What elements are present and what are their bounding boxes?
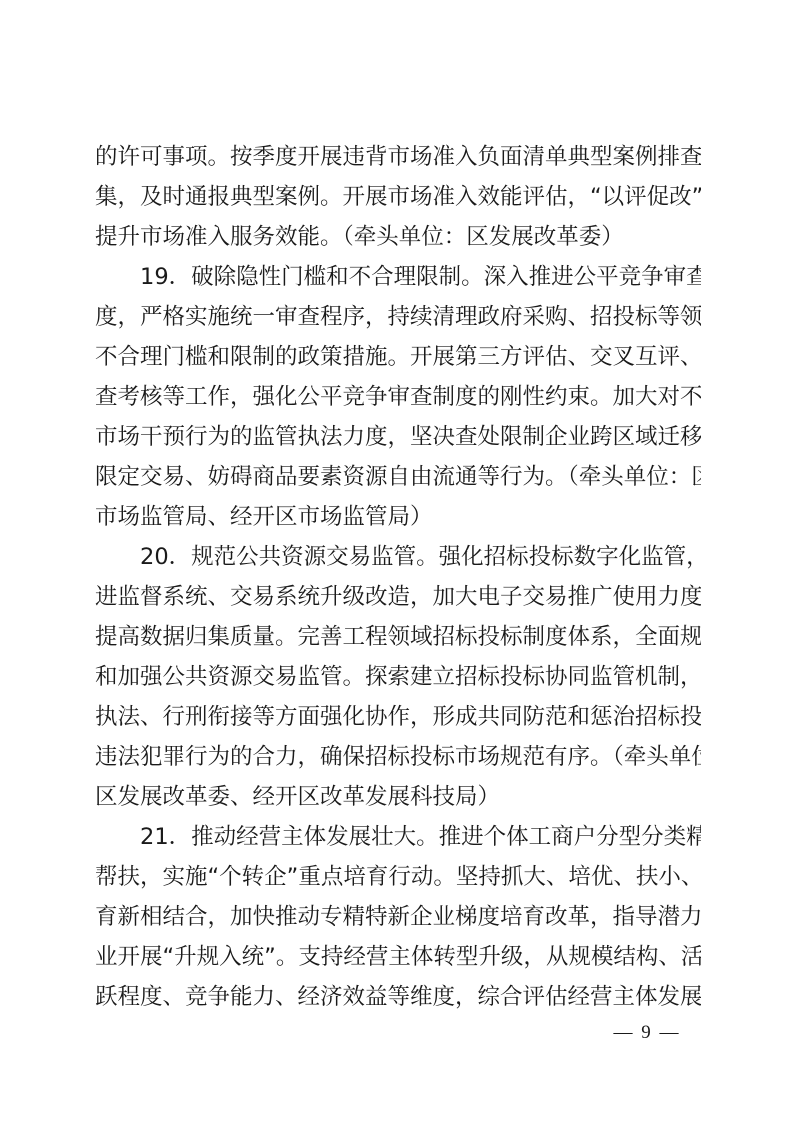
document-page: 的许可事项。按季度开展违背市场准入负面清单典型案例排查归 集，及时通报典型案例。… <box>0 0 793 1122</box>
text-line: 不合理门槛和限制的政策措施。开展第三方评估、交叉互评、督 <box>95 337 701 377</box>
text-line: 帮扶，实施“个转企”重点培育行动。坚持抓大、培优、扶小、 <box>95 857 701 897</box>
text-line: 进监督系统、交易系统升级改造，加大电子交易推广使用力度， <box>95 577 701 617</box>
text-line: 提高数据归集质量。完善工程领域招标投标制度体系，全面规范 <box>95 617 701 657</box>
text-line: 限定交易、妨碍商品要素资源自由流通等行为。（牵头单位：区 <box>95 457 701 497</box>
text-line: 集，及时通报典型案例。开展市场准入效能评估，“以评促改” <box>95 177 701 217</box>
text-line: 市场干预行为的监管执法力度，坚决查处限制企业跨区域迁移、 <box>95 417 701 457</box>
page-number: — 9 — <box>612 1022 682 1044</box>
text-line: 育新相结合，加快推动专精特新企业梯度培育改革，指导潜力企 <box>95 897 701 937</box>
text-line: 跃程度、竞争能力、经济效益等维度，综合评估经营主体发展状 <box>95 977 701 1017</box>
text-line: 执法、行刑衔接等方面强化协作，形成共同防范和惩治招标投标 <box>95 697 701 737</box>
text-line: 违法犯罪行为的合力，确保招标投标市场规范有序。（牵头单位： <box>95 737 701 777</box>
text-line: 业开展“升规入统”。支持经营主体转型升级，从规模结构、活 <box>95 937 701 977</box>
text-line: 区发展改革委、经开区改革发展科技局） <box>95 777 701 817</box>
text-line: 的许可事项。按季度开展违背市场准入负面清单典型案例排查归 <box>95 137 701 177</box>
text-line: 度，严格实施统一审查程序，持续清理政府采购、招投标等领域 <box>95 297 701 337</box>
text-line: 查考核等工作，强化公平竞争审查制度的刚性约束。加大对不当 <box>95 377 701 417</box>
text-line: 和加强公共资源交易监管。探索建立招标投标协同监管机制，在 <box>95 657 701 697</box>
item-20-heading-line: 20．规范公共资源交易监管。强化招标投标数字化监管，推 <box>95 537 701 577</box>
text-line: 提升市场准入服务效能。（牵头单位：区发展改革委） <box>95 217 701 257</box>
item-21-heading-line: 21．推动经营主体发展壮大。推进个体工商户分型分类精准 <box>95 817 701 857</box>
body-text: 的许可事项。按季度开展违背市场准入负面清单典型案例排查归 集，及时通报典型案例。… <box>95 137 701 1017</box>
text-line: 市场监管局、经开区市场监管局） <box>95 497 701 537</box>
item-19-heading-line: 19．破除隐性门槛和不合理限制。深入推进公平竞争审查制 <box>95 257 701 297</box>
